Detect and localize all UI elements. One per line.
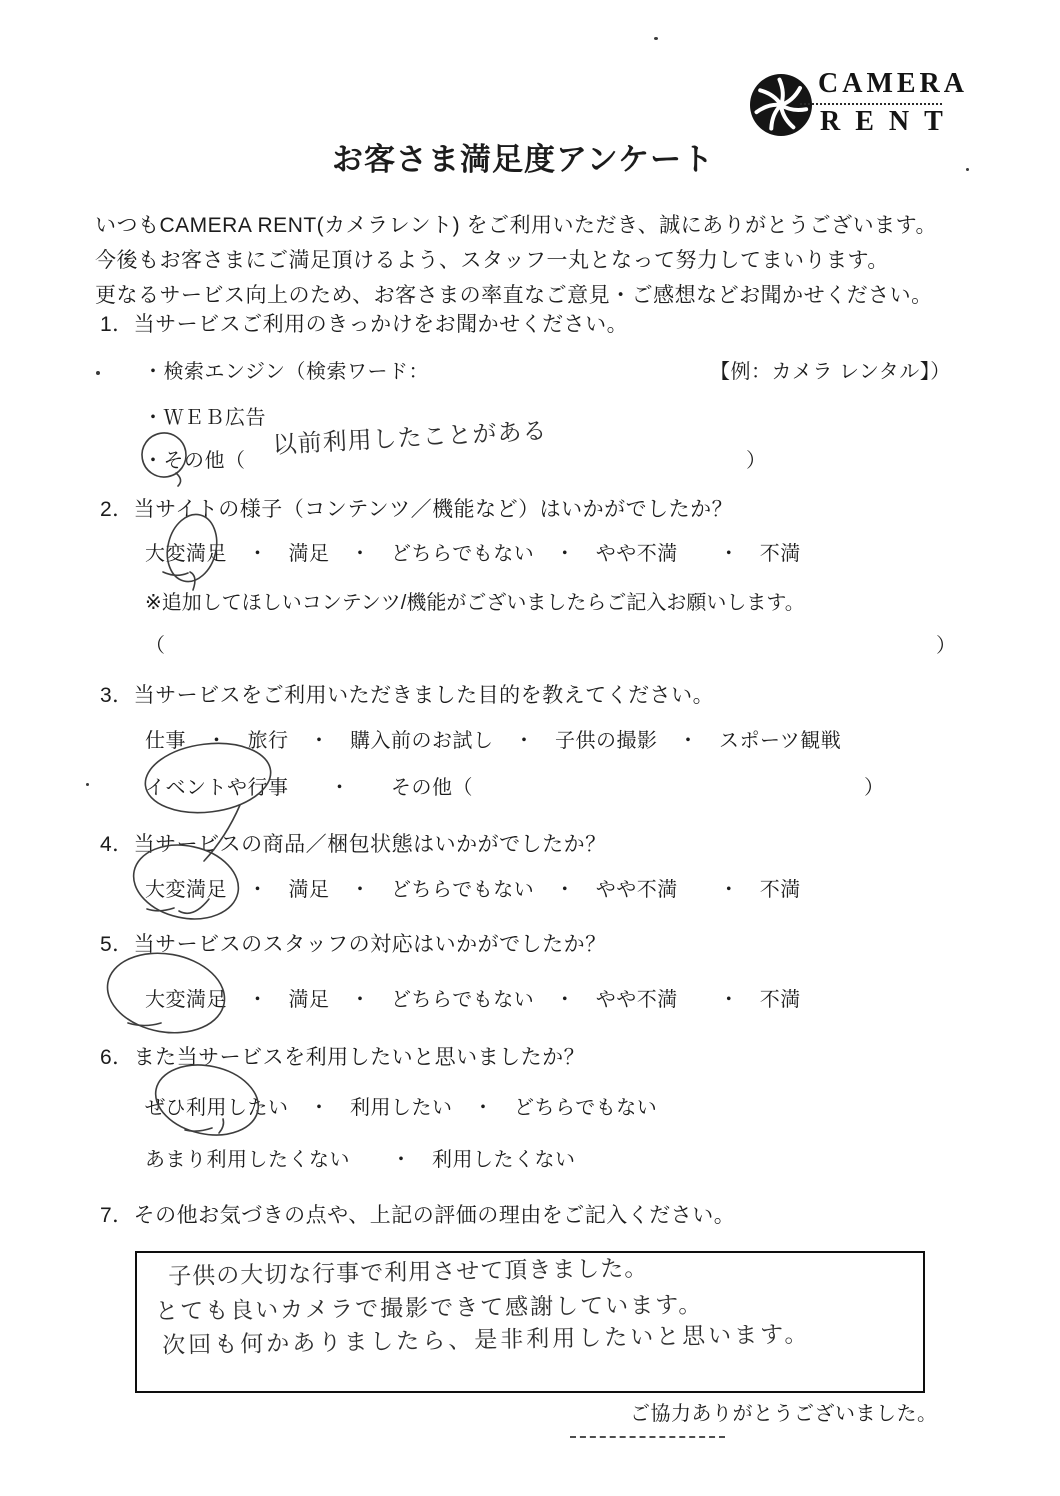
- intro-line-1: いつもCAMERA RENT(カメラレント) をご利用いただき、誠にありがとうご…: [95, 213, 937, 239]
- q2-heading: 2．当サイトの様子（コンテンツ／機能など）はいかがでしたか？: [100, 497, 733, 523]
- q7-heading: 7．その他お気づきの点や、上記の評価の理由をご記入ください。: [100, 1203, 735, 1229]
- q6-options-row-2: あまり利用したくない ・ 利用したくない: [145, 1148, 576, 1173]
- logo-rent-text: RENT: [820, 106, 958, 138]
- circle-q5-dash: [128, 1023, 161, 1026]
- q3-options-row-2: イベントや行事 ・ その他（: [145, 776, 473, 801]
- q2-note: ※追加してほしいコンテンツ/機能がございましたらご記入お願いします。: [145, 591, 805, 616]
- intro-line-3: 更なるサービス向上のため、お客さまの率直なご意見・ご感想などお聞かせください。: [95, 283, 933, 309]
- footer-thanks: ご協力ありがとうございました。: [630, 1402, 938, 1427]
- q6-options-row-1: ぜひ利用したい ・ 利用したい ・ どちらでもない: [145, 1096, 657, 1121]
- scan-speck: [654, 37, 658, 40]
- circle-q2-hook: [190, 572, 195, 590]
- scan-speck: [96, 371, 100, 375]
- scan-artifact-dashes: [570, 1436, 725, 1438]
- q3-close-paren: ）: [864, 776, 885, 801]
- q4-heading: 4．当サービスの商品／梱包状態はいかがでしたか？: [100, 832, 607, 858]
- q1-heading: 1．当サービスご利用のきっかけをお聞かせください。: [100, 312, 628, 338]
- page-title: お客さま満足度アンケート: [332, 141, 714, 180]
- q1-option-other-close-paren: ）: [746, 449, 767, 474]
- circle-q1-other-tail: [176, 473, 181, 486]
- camera-aperture-icon: [748, 72, 814, 138]
- q1-search-example: 【例：カメラ レンタル】）: [710, 360, 951, 385]
- logo-camera-text: CAMERA: [818, 68, 968, 100]
- q5-options: 大変満足 ・ 満足 ・ どちらでもない ・ やや不満 ・ 不満: [145, 988, 801, 1013]
- survey-page: CAMERA RENT お客さま満足度アンケート いつもCAMERA RENT(…: [0, 0, 1060, 1496]
- circle-q2-tail: [163, 572, 188, 575]
- q4-options: 大変満足 ・ 満足 ・ どちらでもない ・ やや不満 ・ 不満: [145, 878, 801, 903]
- q3-options-row-1: 仕事 ・ 旅行 ・ 購入前のお試し ・ 子供の撮影 ・ スポーツ観戦: [145, 729, 841, 754]
- circle-q6-tick: [219, 1119, 224, 1133]
- logo-divider: [800, 103, 942, 105]
- q5-heading: 5．当サービスのスタッフの対応はいかがでしたか？: [100, 932, 607, 958]
- q6-heading: 6．また当サービスを利用したいと思いましたか？: [100, 1045, 585, 1071]
- q1-option-other: ・その他（: [143, 449, 246, 474]
- intro-line-2: 今後もお客さまにご満足頂けるよう、スタッフ一丸となって努力してまいります。: [95, 248, 889, 274]
- q2-options: 大変満足 ・ 満足 ・ どちらでもない ・ やや不満 ・ 不満: [145, 542, 801, 567]
- circle-q4-dash: [147, 908, 174, 911]
- scan-speck: [966, 168, 969, 171]
- q2-answer-open-paren: （: [145, 634, 166, 659]
- q1-option-web-ad: ・ＷＥＢ広告: [143, 406, 266, 431]
- q3-heading: 3．当サービスをご利用いただきました目的を教えてください。: [100, 683, 714, 709]
- circle-q6-dash: [185, 1128, 212, 1131]
- q1-handwritten-answer: 以前利用したことがある: [272, 417, 548, 461]
- q1-option-search-engine: ・検索エンジン（検索ワード：: [143, 360, 429, 385]
- q2-answer-close-paren: ）: [936, 634, 957, 659]
- scan-speck: [86, 783, 89, 786]
